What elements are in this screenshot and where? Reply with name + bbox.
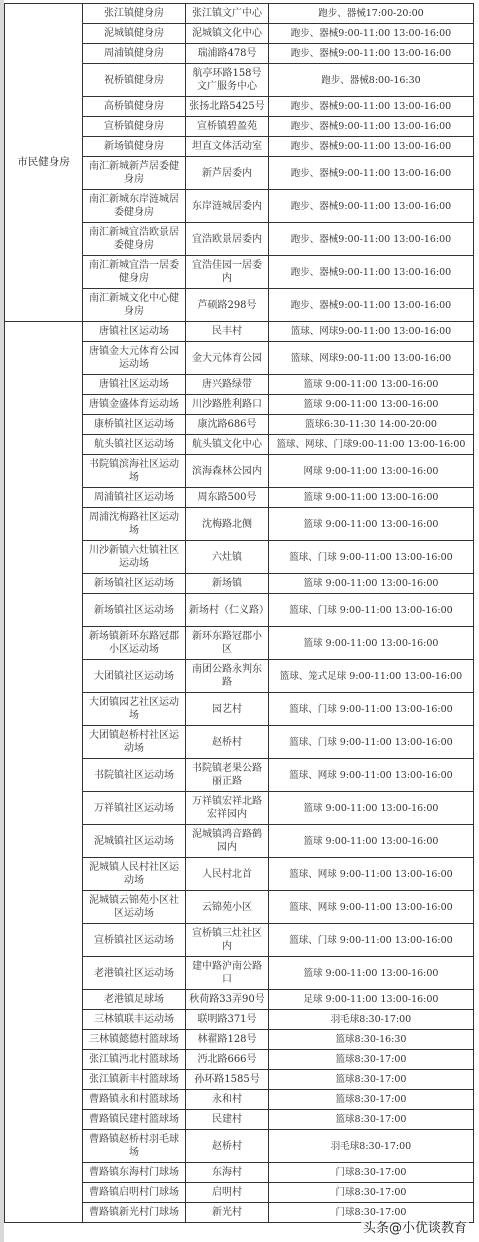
venue-location-cell: 万祥镇宏祥北路宏祥园内: [186, 792, 269, 825]
venue-hours-cell: 羽毛球8:30-17:00: [269, 1130, 474, 1163]
venue-location-cell: 新场镇: [186, 574, 269, 594]
venue-location-cell: 宣桥镇碧盈苑: [186, 117, 269, 137]
venue-hours-cell: 篮球、笼式足球 9:00-11:00 13:00-16:00: [269, 660, 474, 693]
venue-name-cell: 张江镇健身房: [83, 4, 186, 24]
venue-hours-cell: 篮球6:30-11:30 14:00-20:00: [269, 415, 474, 435]
venue-name-cell: 周浦沈梅路社区运动场: [83, 508, 186, 541]
venue-name-cell: 新场镇社区运动场: [83, 574, 186, 594]
venue-hours-cell: 篮球 9:00-11:00 13:00-16:00: [269, 957, 474, 990]
venue-name-cell: 老港镇社区运动场: [83, 957, 186, 990]
document-page: 市民健身房张江镇健身房张江镇文广中心跑步、器械17:00-20:00泥城镇健身房…: [0, 0, 479, 1242]
venue-hours-cell: 跑步、器械9:00-11:00 13:00-16:00: [269, 289, 474, 322]
venue-location-cell: 宜浩佳园一居委内: [186, 256, 269, 289]
venue-hours-cell: 篮球、网球 9:00-11:00 13:00-16:00: [269, 858, 474, 891]
venue-hours-cell: 篮球 9:00-11:00 13:00-16:00: [269, 395, 474, 415]
venue-location-cell: 航头镇文化中心: [186, 435, 269, 455]
venue-location-cell: 金大元体育公园: [186, 342, 269, 375]
venue-name-cell: 宣桥镇健身房: [83, 117, 186, 137]
venue-hours-cell: 跑步、器械8:00-16:30: [269, 64, 474, 97]
venue-location-cell: 人民村北首: [186, 858, 269, 891]
venue-location-cell: 川沙路胜利路口: [186, 395, 269, 415]
venue-hours-cell: 跑步、器械9:00-11:00 13:00-16:00: [269, 157, 474, 190]
venue-location-cell: 云锦苑小区: [186, 891, 269, 924]
venue-location-cell: 宣桥镇三灶社区内: [186, 924, 269, 957]
venue-name-cell: 唐镇社区运动场: [83, 375, 186, 395]
venue-name-cell: 南汇新城新芦居委健身房: [83, 157, 186, 190]
venue-name-cell: 南汇新城东岸涟城居委健身房: [83, 190, 186, 223]
venue-hours-cell: 篮球 9:00-11:00 13:00-16:00: [269, 825, 474, 858]
venue-name-cell: 三林镇联丰运动场: [83, 1010, 186, 1030]
venue-name-cell: 泥城镇健身房: [83, 24, 186, 44]
venue-name-cell: 大团镇园艺社区运动场: [83, 693, 186, 726]
category-cell: [5, 322, 83, 1223]
venue-hours-cell: 篮球8:30-17:00: [269, 1110, 474, 1130]
venue-location-cell: 东岸涟城居委内: [186, 190, 269, 223]
venue-location-cell: 赵桥村: [186, 726, 269, 759]
venue-location-cell: 秋荷路33弄90号: [186, 990, 269, 1010]
venue-hours-cell: 跑步、器械9:00-11:00 13:00-16:00: [269, 117, 474, 137]
venue-name-cell: 张江镇沔北村篮球场: [83, 1050, 186, 1070]
venue-name-cell: 新场镇健身房: [83, 137, 186, 157]
venue-location-cell: 周东路500号: [186, 488, 269, 508]
venue-location-cell: 坦直文体活动室: [186, 137, 269, 157]
venue-table: 市民健身房张江镇健身房张江镇文广中心跑步、器械17:00-20:00泥城镇健身房…: [4, 3, 474, 1223]
venue-location-cell: 永和村: [186, 1090, 269, 1110]
venue-hours-cell: 跑步、器械9:00-11:00 13:00-16:00: [269, 97, 474, 117]
venue-name-cell: 曹路镇启明村门球场: [83, 1183, 186, 1203]
venue-location-cell: 新场村（仁义路）: [186, 594, 269, 627]
venue-hours-cell: 篮球 9:00-11:00 13:00-16:00: [269, 508, 474, 541]
venue-location-cell: 联明路371号: [186, 1010, 269, 1030]
venue-name-cell: 南汇新城宜浩欧景居委健身房: [83, 223, 186, 256]
venue-location-cell: 东海村: [186, 1163, 269, 1183]
venue-name-cell: 曹路镇永和村篮球场: [83, 1090, 186, 1110]
venue-name-cell: 周浦镇社区运动场: [83, 488, 186, 508]
venue-name-cell: 老港镇足球场: [83, 990, 186, 1010]
venue-hours-cell: 篮球8:30-17:00: [269, 1070, 474, 1090]
venue-location-cell: 孙环路1585号: [186, 1070, 269, 1090]
venue-location-cell: 张扬北路5425号: [186, 97, 269, 117]
venue-hours-cell: 篮球 9:00-11:00 13:00-16:00: [269, 375, 474, 395]
venue-hours-cell: 篮球 9:00-11:00 13:00-16:00: [269, 488, 474, 508]
venue-name-cell: 泥城镇社区运动场: [83, 825, 186, 858]
venue-hours-cell: 羽毛球8:30-17:00: [269, 1010, 474, 1030]
venue-hours-cell: 篮球8:30-16:30: [269, 1030, 474, 1050]
venue-name-cell: 大团镇赵桥村社区运动场: [83, 726, 186, 759]
venue-location-cell: 泥城镇鸿音路鹤园内: [186, 825, 269, 858]
venue-hours-cell: 跑步、器械9:00-11:00 13:00-16:00: [269, 137, 474, 157]
venue-hours-cell: 跑步、器械9:00-11:00 13:00-16:00: [269, 44, 474, 64]
venue-name-cell: 唐镇金大元体育公园运动场: [83, 342, 186, 375]
venue-hours-cell: 篮球 9:00-11:00 13:00-16:00: [269, 574, 474, 594]
venue-location-cell: 沔北路666号: [186, 1050, 269, 1070]
venue-location-cell: 泥城镇文化中心: [186, 24, 269, 44]
venue-table-body: 市民健身房张江镇健身房张江镇文广中心跑步、器械17:00-20:00泥城镇健身房…: [5, 4, 474, 1223]
watermark: 头条@小优谈教育: [361, 1217, 469, 1236]
venue-name-cell: 南汇新城文化中心健身房: [83, 289, 186, 322]
venue-name-cell: 泥城镇人民村社区运动场: [83, 858, 186, 891]
venue-hours-cell: 篮球、门球 9:00-11:00 13:00-16:00: [269, 693, 474, 726]
venue-location-cell: 民建村: [186, 1110, 269, 1130]
venue-location-cell: 宜浩欧景居委内: [186, 223, 269, 256]
venue-name-cell: 唐镇金盛体育运动场: [83, 395, 186, 415]
venue-location-cell: 启明村: [186, 1183, 269, 1203]
venue-name-cell: 三林镇懿德村篮球场: [83, 1030, 186, 1050]
venue-hours-cell: 篮球8:30-17:00: [269, 1090, 474, 1110]
venue-hours-cell: 篮球、网球 9:00-11:00 13:00-16:00: [269, 891, 474, 924]
venue-location-cell: 沈梅路北侧: [186, 508, 269, 541]
venue-hours-cell: 篮球、门球 9:00-11:00 13:00-16:00: [269, 594, 474, 627]
venue-hours-cell: 篮球 9:00-11:00 13:00-16:00: [269, 627, 474, 660]
venue-name-cell: 康桥镇社区运动场: [83, 415, 186, 435]
venue-location-cell: 张江镇文广中心: [186, 4, 269, 24]
venue-hours-cell: 门球8:30-17:00: [269, 1163, 474, 1183]
venue-hours-cell: 足球 9:00-11:00 13:00-16:00: [269, 990, 474, 1010]
venue-name-cell: 张江镇新丰村篮球场: [83, 1070, 186, 1090]
venue-name-cell: 曹路镇新光村门球场: [83, 1203, 186, 1223]
venue-location-cell: 林翟路128号: [186, 1030, 269, 1050]
venue-hours-cell: 篮球 9:00-11:00 13:00-16:00: [269, 792, 474, 825]
venue-name-cell: 新场镇社区运动场: [83, 594, 186, 627]
venue-location-cell: 滨海森林公园内: [186, 455, 269, 488]
venue-name-cell: 泥城镇云锦苑小区社区运动场: [83, 891, 186, 924]
venue-name-cell: 书院镇社区运动场: [83, 759, 186, 792]
venue-hours-cell: 网球 9:00-11:00 13:00-16:00: [269, 455, 474, 488]
venue-name-cell: 新场镇新环东路冠郡小区运动场: [83, 627, 186, 660]
venue-name-cell: 南汇新城宜浩一居委健身房: [83, 256, 186, 289]
venue-hours-cell: 篮球、网球9:00-11:00 13:00-16:00: [269, 342, 474, 375]
venue-location-cell: 新光村: [186, 1203, 269, 1223]
venue-location-cell: 园艺村: [186, 693, 269, 726]
venue-hours-cell: 跑步、器械9:00-11:00 13:00-16:00: [269, 190, 474, 223]
venue-name-cell: 川沙新镇六灶镇社区运动场: [83, 541, 186, 574]
venue-location-cell: 新芦居委内: [186, 157, 269, 190]
venue-location-cell: 建中路沪南公路口: [186, 957, 269, 990]
venue-location-cell: 六灶镇: [186, 541, 269, 574]
venue-hours-cell: 跑步、器械9:00-11:00 13:00-16:00: [269, 24, 474, 44]
venue-hours-cell: 篮球、门球 9:00-11:00 13:00-16:00: [269, 541, 474, 574]
venue-hours-cell: 门球8:30-17:00: [269, 1183, 474, 1203]
venue-location-cell: 新环东路冠郡小区: [186, 627, 269, 660]
venue-name-cell: 书院镇滨海社区运动场: [83, 455, 186, 488]
venue-location-cell: 南团公路永判东路: [186, 660, 269, 693]
venue-name-cell: 曹路镇东海村门球场: [83, 1163, 186, 1183]
venue-hours-cell: 篮球、门球 9:00-11:00 13:00-16:00: [269, 924, 474, 957]
venue-hours-cell: 篮球、网球9:00-11:00 13:00-16:00: [269, 322, 474, 342]
table-row: 市民健身房张江镇健身房张江镇文广中心跑步、器械17:00-20:00: [5, 4, 474, 24]
venue-hours-cell: 篮球8:30-17:00: [269, 1050, 474, 1070]
venue-location-cell: 唐兴路绿带: [186, 375, 269, 395]
venue-name-cell: 大团镇社区运动场: [83, 660, 186, 693]
venue-hours-cell: 篮球、网球、门球9:00-11:00 13:00-16:00: [269, 435, 474, 455]
venue-name-cell: 曹路镇赵桥村羽毛球场: [83, 1130, 186, 1163]
venue-location-cell: 康沈路686号: [186, 415, 269, 435]
venue-hours-cell: 跑步、器械9:00-11:00 13:00-16:00: [269, 223, 474, 256]
venue-hours-cell: 跑步、器械9:00-11:00 13:00-16:00: [269, 256, 474, 289]
venue-location-cell: 芦硕路298号: [186, 289, 269, 322]
venue-location-cell: 民丰村: [186, 322, 269, 342]
venue-name-cell: 周浦镇健身房: [83, 44, 186, 64]
venue-hours-cell: 篮球、门球 9:00-11:00 13:00-16:00: [269, 726, 474, 759]
category-cell: 市民健身房: [5, 4, 83, 322]
venue-name-cell: 航头镇社区运动场: [83, 435, 186, 455]
venue-name-cell: 宣桥镇社区运动场: [83, 924, 186, 957]
venue-location-cell: 航亭环路158号文广服务中心: [186, 64, 269, 97]
table-row: 唐镇社区运动场民丰村篮球、网球9:00-11:00 13:00-16:00: [5, 322, 474, 342]
venue-name-cell: 唐镇社区运动场: [83, 322, 186, 342]
venue-name-cell: 曹路镇民建村篮球场: [83, 1110, 186, 1130]
venue-hours-cell: 跑步、器械17:00-20:00: [269, 4, 474, 24]
venue-location-cell: 瑞浦路478号: [186, 44, 269, 64]
venue-name-cell: 祝桥镇健身房: [83, 64, 186, 97]
venue-hours-cell: 篮球、网球 9:00-11:00 13:00-16:00: [269, 759, 474, 792]
venue-name-cell: 高桥镇健身房: [83, 97, 186, 117]
venue-location-cell: 书院镇老果公路丽正路: [186, 759, 269, 792]
venue-location-cell: 赵桥村: [186, 1130, 269, 1163]
venue-name-cell: 万祥镇社区运动场: [83, 792, 186, 825]
